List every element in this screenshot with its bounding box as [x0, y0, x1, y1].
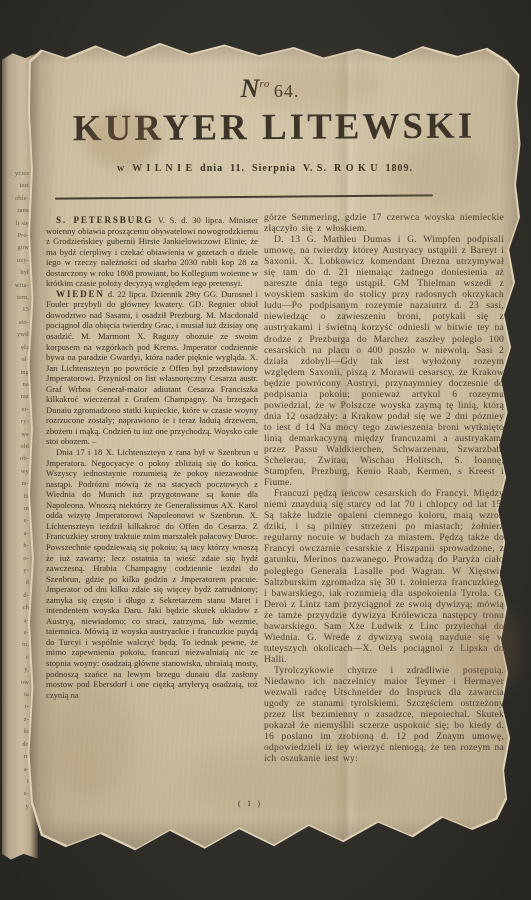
- paragraph-text: D. 13 G. Mathieu Dumas i G. Wimpfen podp…: [264, 234, 504, 488]
- printed-page: Nro 64. KURYER LITEWSKI w W I L N I E dn…: [0, 0, 531, 900]
- dateline: w W I L N I E dnia 11. Sierpnia V. S. R …: [30, 163, 500, 174]
- article-paragraph: S. PETERSBURG V. S. d. 30 lipca. Ministe…: [46, 215, 258, 289]
- issue-number-value: 64.: [274, 81, 300, 101]
- paragraph-lead: WIEDEN: [56, 289, 105, 299]
- article-paragraph: Tyrolczykowie chytrze i zdradliwie postę…: [264, 665, 504, 764]
- paragraph-text: Francuzi pędzą ieńcow cesarskich do Fran…: [264, 488, 504, 665]
- paragraph-text: górze Semmering, gdzie 17 czerwca woyska…: [264, 212, 504, 234]
- masthead-divider-rule: [55, 194, 433, 199]
- issue-superscript: ro: [259, 78, 269, 90]
- paragraph-lead: S. PETERSBURG: [56, 215, 153, 225]
- news-column-right: górze Semmering, gdzie 17 czerwca woyska…: [264, 212, 504, 797]
- paragraph-text: Dnia 17 i 18 X. Lichtenszteyn z rana był…: [46, 447, 258, 700]
- article-paragraph: górze Semmering, gdzie 17 czerwca woyska…: [264, 212, 504, 234]
- paragraph-text: d. 22 lipca. Dziennik 29ty GG. Durosnel …: [46, 289, 258, 447]
- paragraph-text: V. S. d. 30 lipca. Minister woienny obia…: [46, 215, 258, 288]
- article-paragraph: WIEDEN d. 22 lipca. Dziennik 29ty GG. Du…: [46, 289, 258, 447]
- article-paragraph: D. 13 G. Mathieu Dumas i G. Wimpfen podp…: [264, 234, 504, 488]
- article-paragraph: Dnia 17 i 18 X. Lichtenszteyn z rana był…: [46, 447, 258, 700]
- masthead-title: KURYER LITEWSKI: [28, 104, 520, 150]
- article-paragraph: Francuzi pędzą ieńcow cesarskich do Fran…: [264, 488, 504, 665]
- paragraph-text: Tyrolczykowie chytrze i zdradliwie postę…: [264, 665, 504, 764]
- news-column-left: S. PETERSBURG V. S. d. 30 lipca. Ministe…: [46, 215, 258, 797]
- issue-number: Nro 64.: [70, 74, 470, 104]
- issue-script-letter: N: [241, 74, 260, 103]
- page-number-marker: ( 1 ): [150, 798, 350, 808]
- scan-background: ycies iest oble- rana li się Pro- gow uz…: [0, 0, 531, 900]
